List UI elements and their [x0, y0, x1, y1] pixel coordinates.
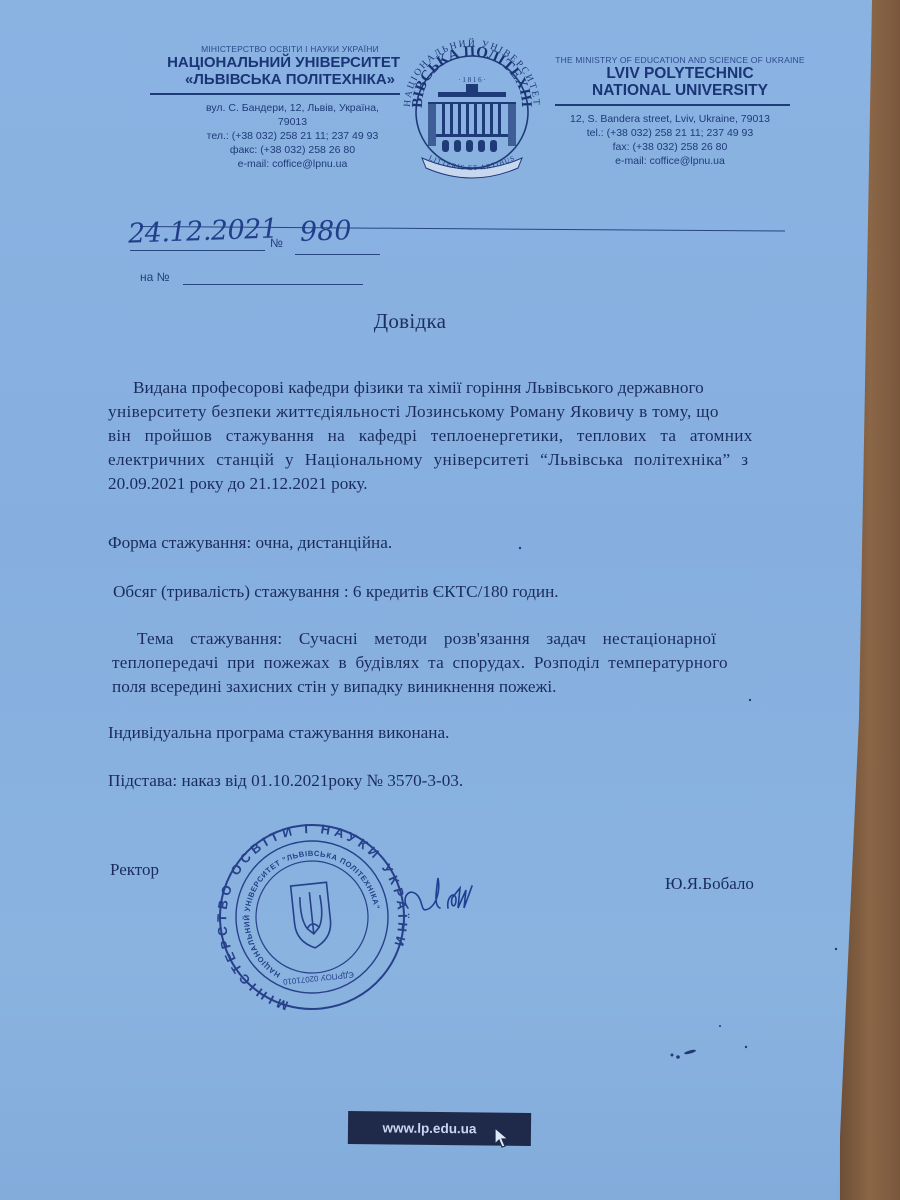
- paragraph-line: електричних станцій у Національному унів…: [108, 450, 748, 470]
- paragraph-line: 20.09.2021 року до 21.12.2021 року.: [108, 474, 368, 494]
- university-name-ua-line1: НАЦІОНАЛЬНИЙ УНІВЕРСИТЕТ: [150, 54, 400, 71]
- address-en: 12, S. Bandera street, Lviv, Ukraine, 79…: [545, 112, 795, 126]
- paragraph-line: Видана професорові кафедри фізики та хім…: [133, 378, 704, 398]
- topic-line: поля всередині захисних стін у випадку в…: [112, 677, 556, 697]
- handwritten-number: 980: [299, 215, 352, 248]
- phone-en: tel.: (+38 032) 258 21 11; 237 49 93: [545, 126, 795, 140]
- address-ua: вул. С. Бандери, 12, Львів, Україна, 790…: [150, 101, 395, 129]
- signatory-position: Ректор: [110, 860, 159, 880]
- phone-ua: тел.: (+38 032) 258 21 11; 237 49 93: [150, 129, 395, 143]
- reply-number-field-line: [183, 284, 363, 285]
- university-name-en-line1: LVIV POLYTECHNIC: [545, 65, 815, 82]
- internship-volume: Обсяг (тривалість) стажування : 6 кредит…: [113, 582, 559, 602]
- fax-en: fax: (+38 032) 258 26 80: [545, 140, 795, 154]
- svg-text:· 1 8 1 6 ·: · 1 8 1 6 ·: [458, 76, 485, 84]
- letterhead-divider-en: [555, 104, 790, 106]
- official-seal-icon: МІНІСТЕРСТВО ОСВІТИ І НАУКИ УКРАЇНИ НАЦІ…: [214, 822, 410, 1012]
- paragraph-line: університету безпеки життєдіяльності Лоз…: [108, 402, 719, 422]
- document-page: МІНІСТЕРСТВО ОСВІТИ І НАУКИ УКРАЇНИ НАЦІ…: [0, 0, 872, 1200]
- cursor-arrow-icon: [493, 1126, 511, 1150]
- university-name-ua-line2: «ЛЬВІВСЬКА ПОЛІТЕХНІКА»: [150, 71, 400, 88]
- fax-ua: факс: (+38 032) 258 26 80: [150, 143, 395, 157]
- paragraph-line: він пройшов стажування на кафедрі теплое…: [108, 426, 753, 446]
- ministry-name-en: THE MINISTRY OF EDUCATION AND SCIENCE OF…: [545, 55, 815, 65]
- topic-line: Тема стажування: Сучасні методи розв'яза…: [137, 629, 716, 649]
- email-ua: e-mail: coffice@lpnu.ua: [150, 157, 395, 171]
- rector-signature: [400, 868, 520, 918]
- university-emblem-icon: НАЦІОНАЛЬНИЙ УНІВЕРСИТЕТ ЛЬВІВСЬКА ПОЛІТ…: [392, 20, 552, 190]
- date-field-line: [130, 250, 265, 251]
- reply-number-label: на №: [140, 270, 170, 284]
- signatory-name: Ю.Я.Бобало: [665, 874, 754, 894]
- letterhead-english: THE MINISTRY OF EDUCATION AND SCIENCE OF…: [545, 55, 815, 168]
- number-field-line: [295, 254, 380, 255]
- ministry-name-ua: МІНІСТЕРСТВО ОСВІТИ І НАУКИ УКРАЇНИ: [150, 44, 400, 54]
- basis-order: Підстава: наказ від 01.10.2021року № 357…: [108, 771, 463, 791]
- handwritten-date: 24.12.2021: [128, 213, 279, 249]
- topic-line: теплопередачі при пожежах в будівлях та …: [112, 653, 728, 673]
- letterhead-ukrainian: МІНІСТЕРСТВО ОСВІТИ І НАУКИ УКРАЇНИ НАЦІ…: [150, 44, 400, 171]
- number-sign-label: №: [270, 236, 283, 250]
- letterhead-divider: [150, 93, 400, 95]
- internship-form: Форма стажування: очна, дистанційна.: [108, 533, 392, 553]
- university-name-en-line2: NATIONAL UNIVERSITY: [545, 82, 815, 99]
- program-completed: Індивідуальна програма стажування викона…: [108, 723, 449, 743]
- email-en: e-mail: coffice@lpnu.ua: [545, 154, 795, 168]
- document-title: Довідка: [0, 309, 820, 334]
